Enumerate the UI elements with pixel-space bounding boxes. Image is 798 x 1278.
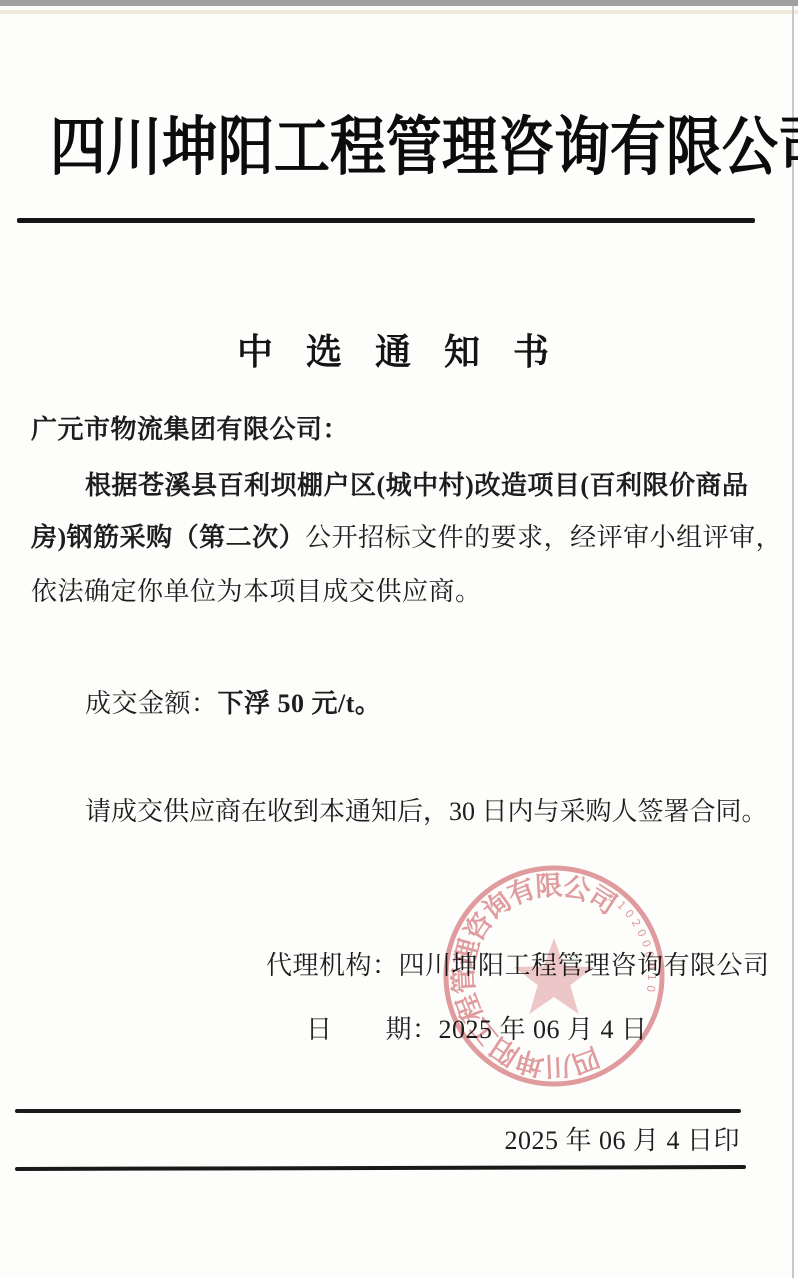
deal-amount-line: 成交金额：下浮 50 元/t。: [85, 688, 381, 719]
contract-signing-note: 请成交供应商在收到本通知后，30 日内与采购人签署合同。: [85, 796, 768, 827]
letterhead-divider-rule: [17, 218, 755, 223]
scan-top-edge-artifact: [0, 0, 798, 6]
body-line-3: 依法确定你单位为本项目成交供应商。: [31, 576, 482, 607]
deal-amount-value: 下浮 50 元/t。: [218, 689, 382, 718]
letterhead-company-name: 四川坤阳工程管理咨询有限公司: [50, 96, 748, 188]
date-label: 日 期：: [306, 1015, 439, 1044]
document-title: 中 选 通 知 书: [0, 324, 798, 375]
agency-label: 代理机构：: [266, 951, 399, 980]
footer-bottom-rule: [15, 1165, 746, 1171]
scan-right-edge-artifact: [792, 6, 794, 1278]
deal-amount-label: 成交金额：: [85, 689, 218, 718]
recipient-salutation: 广元市物流集团有限公司：: [31, 414, 349, 445]
body-text-continuation: 公开招标文件的要求，经评审小组评审，: [305, 523, 782, 552]
scan-crease-line-artifact: [0, 10, 798, 14]
document-page: 四川坤阳工程管理咨询有限公司 中 选 通 知 书 广元市物流集团有限公司： 根据…: [0, 0, 798, 1278]
signature-date-line: 日 期：2025 年 06 月 4 日: [306, 1014, 648, 1045]
project-name-part-2: 房)钢筋采购（第二次）: [31, 523, 305, 552]
agency-signature-line: 代理机构：四川坤阳工程管理咨询有限公司: [266, 950, 770, 981]
agency-name: 四川坤阳工程管理咨询有限公司: [399, 951, 770, 980]
project-name-part-1: 根据苍溪县百利坝棚户区(城中村)改造项目(百利限价商品: [85, 471, 748, 500]
date-value: 2025 年 06 月 4 日: [439, 1015, 648, 1044]
body-line-1: 根据苍溪县百利坝棚户区(城中村)改造项目(百利限价商品: [85, 470, 748, 501]
body-line-2: 房)钢筋采购（第二次）公开招标文件的要求，经评审小组评审，: [31, 522, 782, 553]
footer-top-rule: [15, 1109, 741, 1113]
footer-print-date: 2025 年 06 月 4 日印: [504, 1125, 740, 1156]
